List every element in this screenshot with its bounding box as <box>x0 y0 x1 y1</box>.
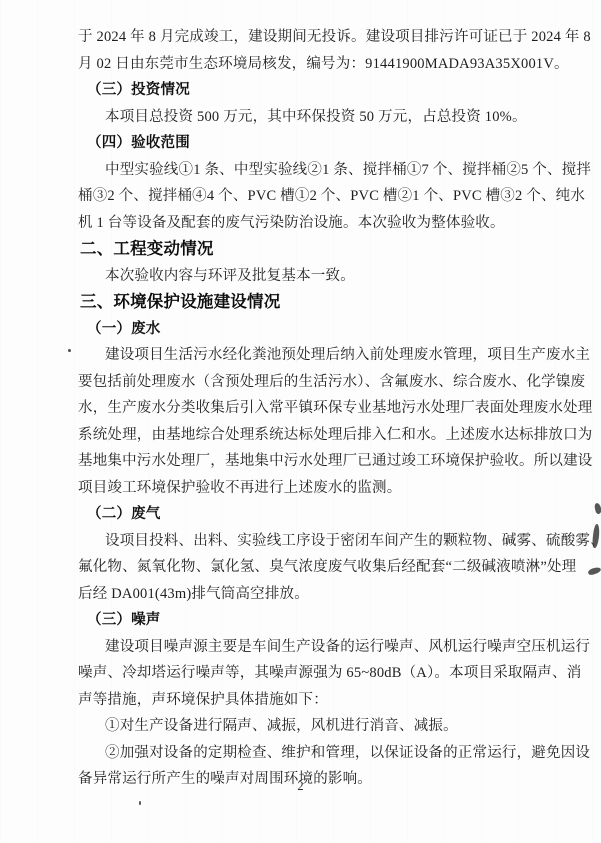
text-line: 噪声、冷却塔运行噪声等，其噪声源强为 65~80dB（A）。本项目采取隔声、消 <box>78 660 548 687</box>
text-line: 系统处理，由基地综合处理系统达标处理后排入仁和水。上述废水达标排放口为 <box>78 422 548 449</box>
list-item-line: ①对生产设备进行隔声、减振，风机进行消音、减振。 <box>105 713 548 740</box>
text-line: 本项目总投资 500 万元，其中环保投资 50 万元，占总投资 10%。 <box>105 104 548 131</box>
document-body: 于 2024 年 8 月完成竣工，建设期间无投诉。建设项目排污许可证已于 202… <box>78 24 548 793</box>
section-heading: 二、工程变动情况 <box>80 236 548 263</box>
text-line: 月 02 日由东莞市生态环境局核发，编号为：91441900MADA93A35X… <box>78 51 548 78</box>
text-line: 建设项目生活污水经化粪池预处理后纳入前处理废水管理，项目生产废水主 <box>105 342 548 369</box>
sub-heading: （三）投资情况 <box>87 77 548 104</box>
text-line: 于 2024 年 8 月完成竣工，建设期间无投诉。建设项目排污许可证已于 202… <box>78 24 548 51</box>
text-line: 机 1 台等设备及配套的废气污染防治设施。本次验收为整体验收。 <box>78 210 548 237</box>
list-item-line: ②加强对设备的定期检查、维护和管理，以保证设备的正常运行，避免因设 <box>105 740 548 767</box>
speck-bottom-left <box>139 801 141 805</box>
text-line: 项目竣工环境保护验收不再进行上述废水的监测。 <box>78 475 548 502</box>
text-line: 水，生产废水分类收集后引入常平镇环保专业基地污水处理厂表面处理废水处理 <box>78 395 548 422</box>
text-line: 建设项目噪声源主要是车间生产设备的运行噪声、风机运行噪声空压机运行 <box>105 634 548 661</box>
sub-heading: （三）噪声 <box>87 607 548 634</box>
sub-heading: （一）废水 <box>87 316 548 343</box>
sub-heading: （四）验收范围 <box>87 130 548 157</box>
text-line: 基地集中污水处理厂，基地集中污水处理厂已通过竣工环境保护验收。所以建设 <box>78 448 548 475</box>
text-line: 后经 DA001(43m)排气筒高空排放。 <box>78 581 548 608</box>
section-heading: 三、环境保护设施建设情况 <box>80 289 548 316</box>
text-line: 本次验收内容与环评及批复基本一致。 <box>105 263 548 290</box>
text-line: 中型实验线①1 条、中型实验线②1 条、搅拌桶①7 个、搅拌桶②5 个、搅拌 <box>105 157 548 184</box>
speck-left-margin <box>68 349 71 352</box>
text-line: 要包括前处理废水（含预处理后的生活污水）、含氟废水、综合废水、化学镍废 <box>78 369 548 396</box>
text-line: 桶③2 个、搅拌桶④4 个、PVC 槽①2 个、PVC 槽②1 个、PVC 槽③… <box>78 183 548 210</box>
text-line: 设项目投料、出料、实验线工序设于密闭车间产生的颗粒物、碱雾、硫酸雾、 <box>105 528 548 555</box>
page-number: 2 <box>0 779 601 794</box>
scanned-document-page: { "page": { "number": "2", "paper_color"… <box>0 0 601 843</box>
ink-fragment-right-edge <box>594 502 601 514</box>
text-line: 声等措施，声环境保护具体措施如下： <box>78 687 548 714</box>
ink-wedge-right-edge <box>587 566 601 576</box>
text-line: 氟化物、氮氧化物、氯化氢、臭气浓度废气收集后经配套“二级碱液喷淋”处理 <box>78 554 548 581</box>
sub-heading: （二）废气 <box>87 501 548 528</box>
